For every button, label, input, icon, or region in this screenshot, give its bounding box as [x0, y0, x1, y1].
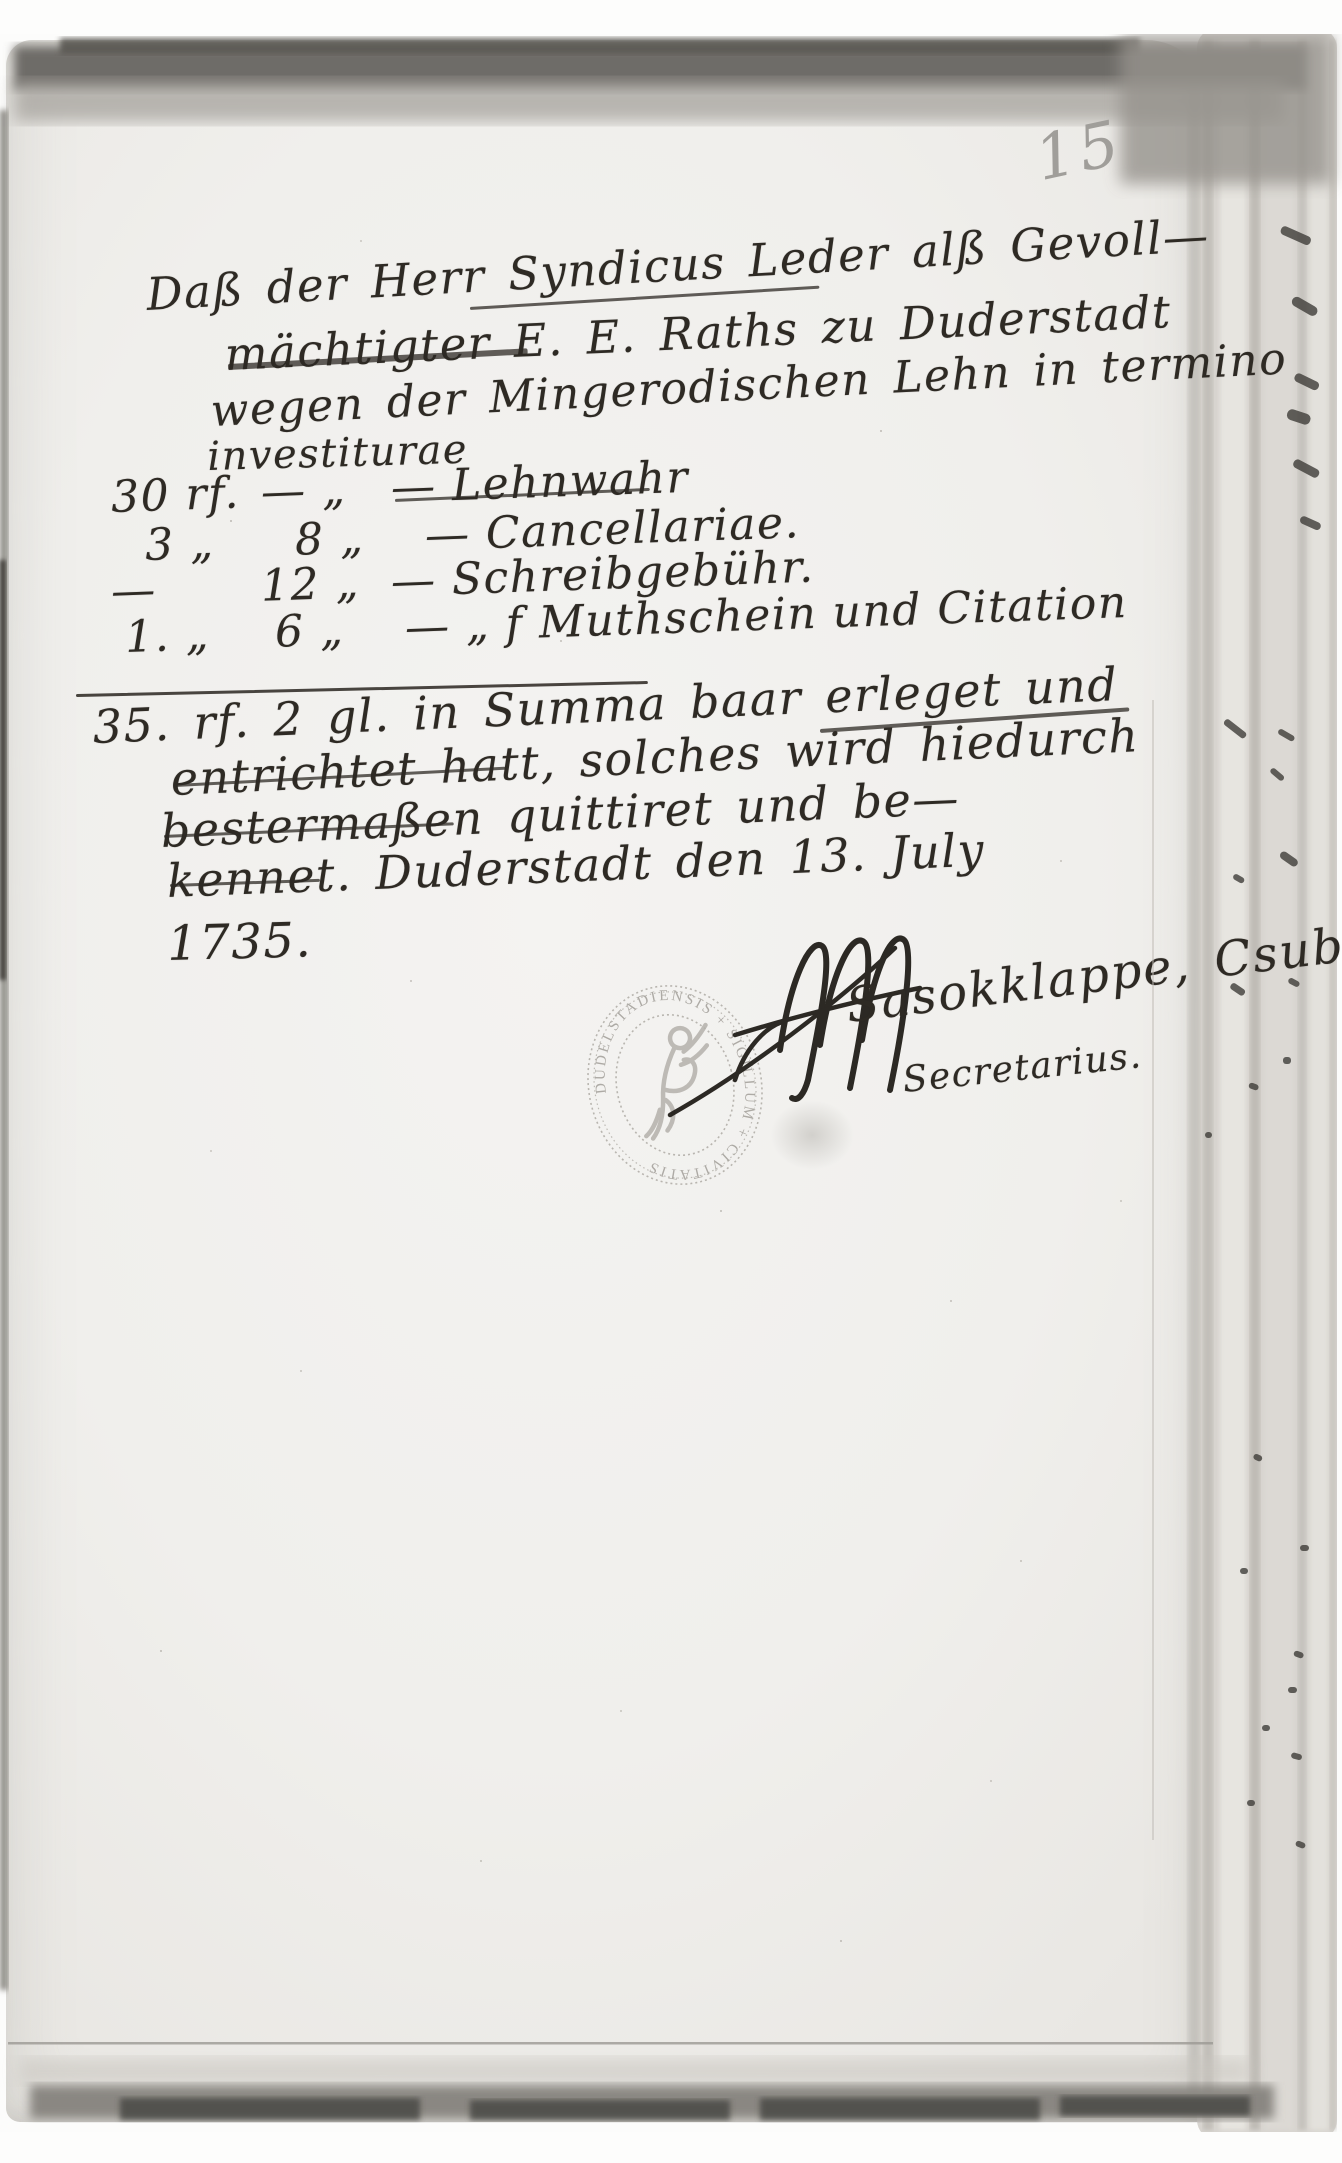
scanned-manuscript-page: 15 Daß der Herr Syndicus Leder alß Gevol… [0, 0, 1342, 2163]
left-edge-shadow [0, 110, 8, 1990]
fee-amount-groschen: — „ [260, 462, 392, 518]
bottom-edge-shadow [0, 2042, 1342, 2163]
fee-amount-reichstaler: 1. „ [124, 607, 276, 663]
top-edge-shadow [0, 0, 1342, 184]
fold-crease-line [1152, 700, 1154, 1840]
closing-line-5-year: 1735. [167, 912, 313, 972]
fee-amount-reichstaler: 30 rf. [110, 467, 262, 523]
fee-amount-groschen: 6 „ [274, 602, 406, 658]
signature-monogram-flourish [640, 930, 1040, 1130]
